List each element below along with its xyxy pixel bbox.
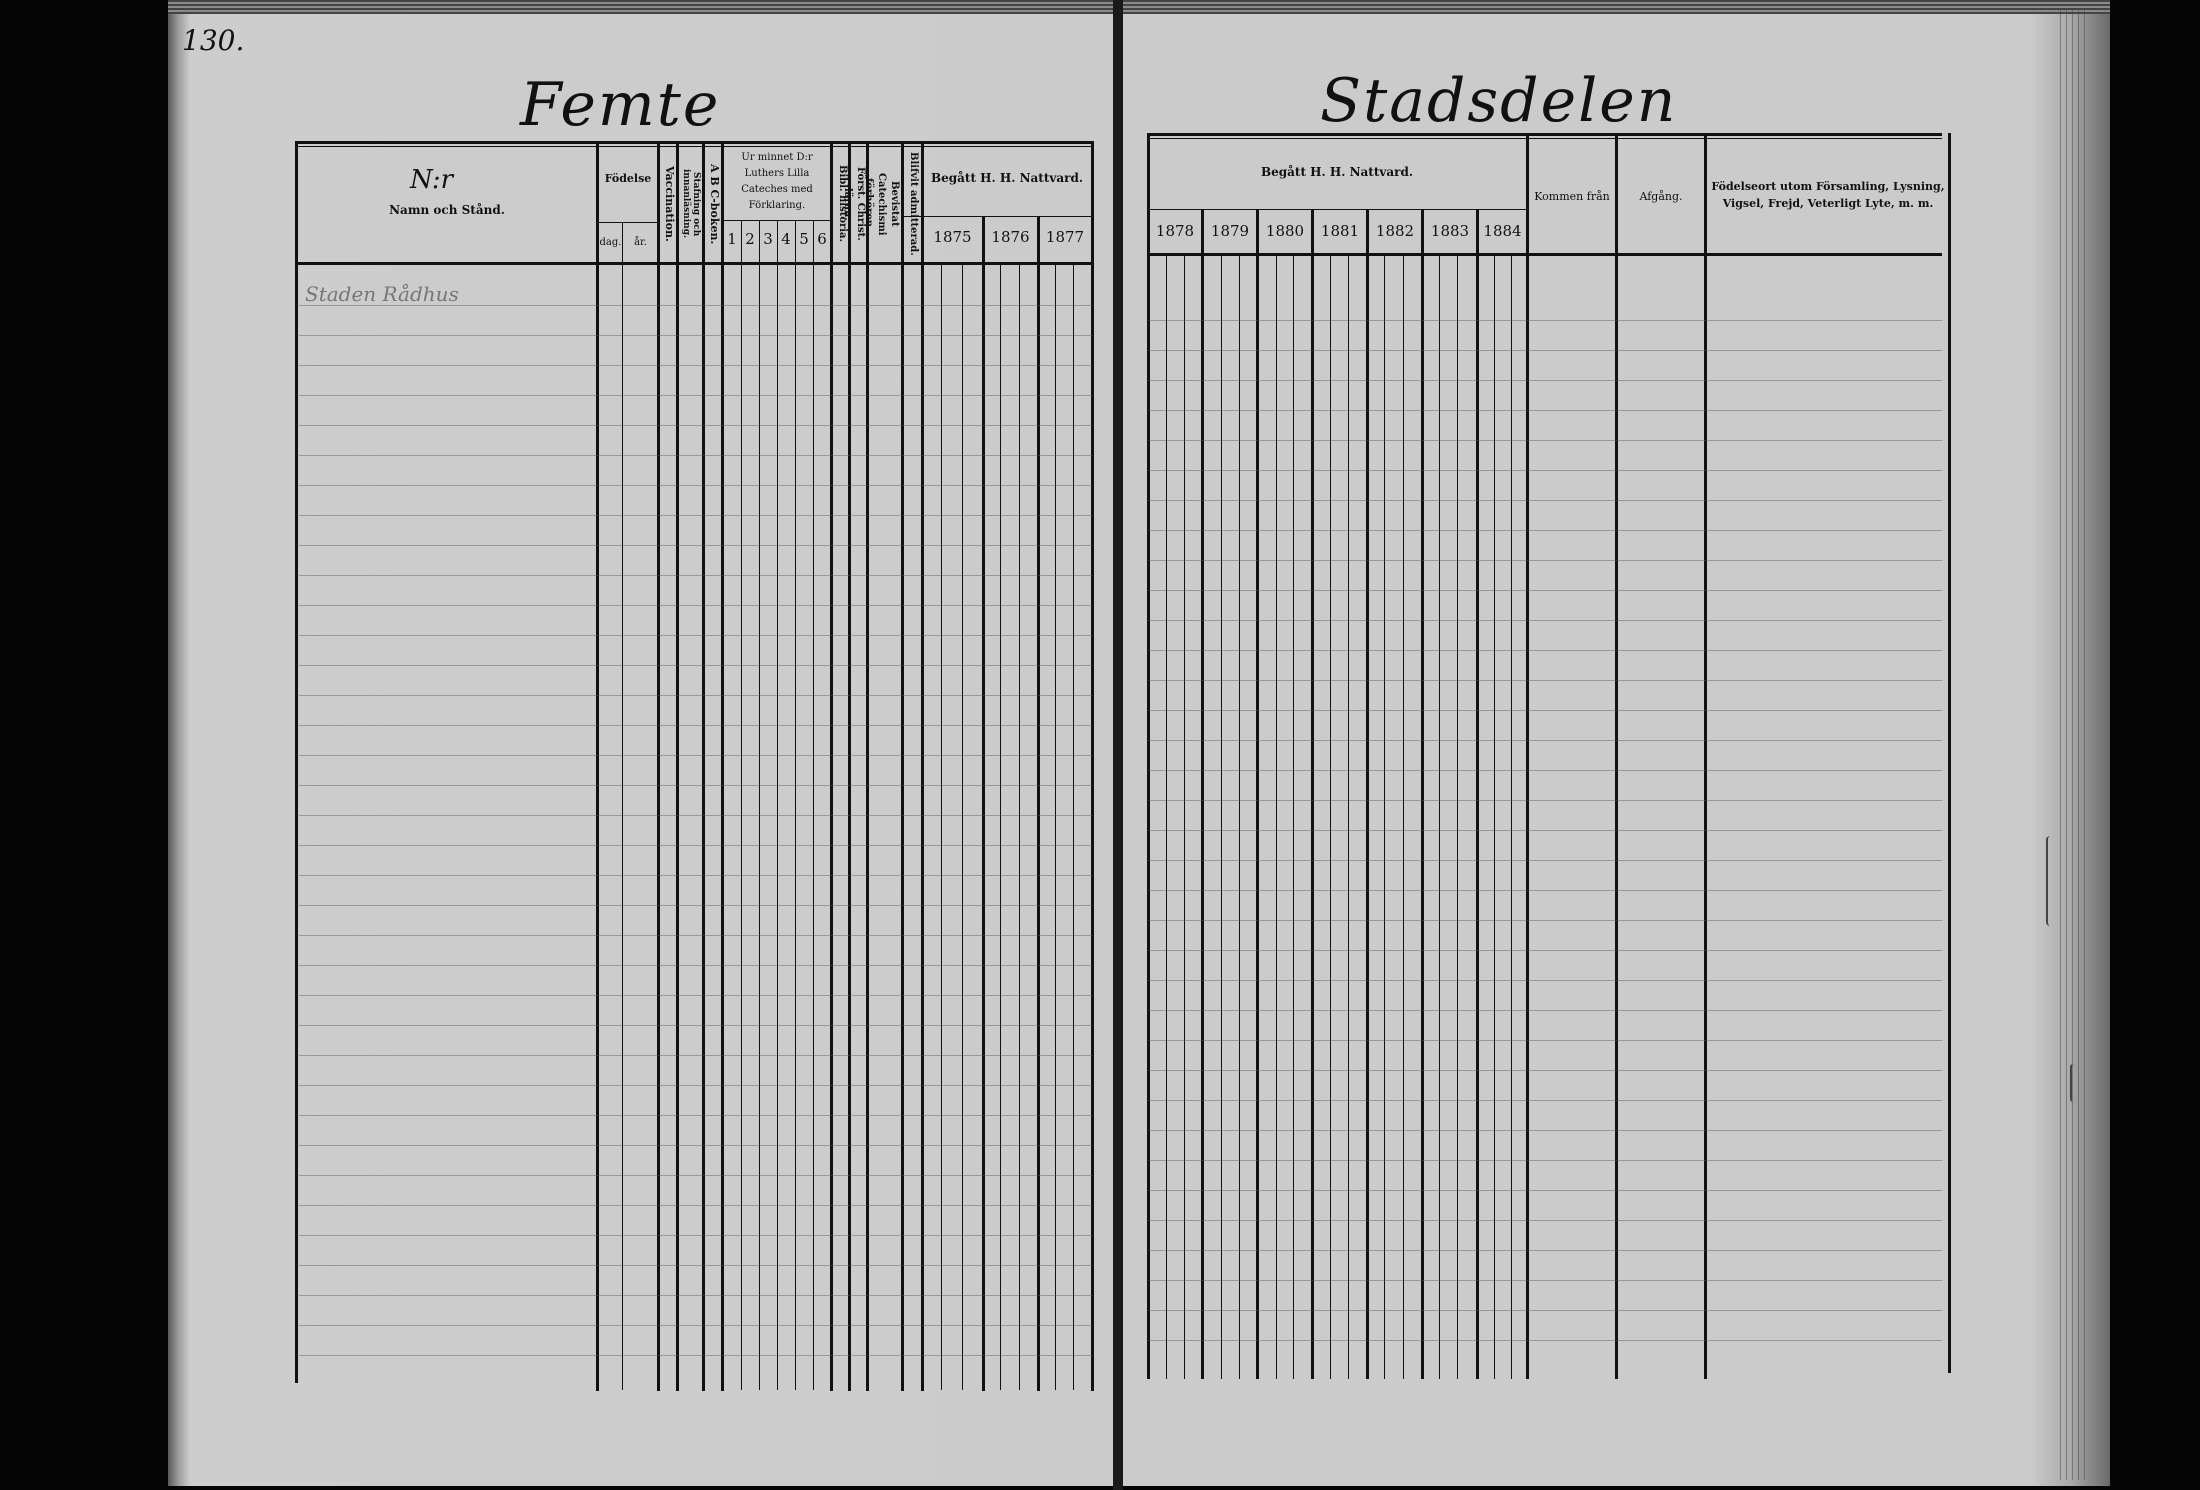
pencil-mark (2070, 1064, 2076, 1102)
header-remarks: Födelseort utom Församling, Lysning, Vig… (1710, 178, 1946, 212)
header-abc-book: A B C-boken. (705, 152, 721, 256)
header-communion-left: Begått H. H. Nattvard. (923, 170, 1091, 187)
header-communion-right: Begått H. H. Nattvard. (1148, 164, 1526, 181)
year-1882: 1882 (1368, 222, 1422, 240)
header-birth-day: dag. (598, 234, 623, 251)
pencil-mark (2046, 836, 2054, 926)
year-1878: 1878 (1148, 222, 1202, 240)
header-admitted: Blifvit admitterad. (904, 150, 920, 258)
page-number: 130. (182, 24, 244, 57)
header-birth-year: år. (623, 234, 658, 251)
year-1877: 1877 (1039, 228, 1091, 246)
header-name: Namn och Stånd. (297, 202, 597, 219)
header-catechism-exams: Bevistat Catechismi förhören. (869, 150, 901, 258)
year-1880: 1880 (1258, 222, 1312, 240)
header-birth: Födelse (598, 170, 658, 187)
header-vaccination: Vaccination. (660, 152, 676, 256)
year-1876: 1876 (984, 228, 1037, 246)
title-right: Stadsdelen (1320, 66, 1677, 136)
year-1883: 1883 (1423, 222, 1477, 240)
header-came-from: Kommen från (1528, 188, 1616, 205)
header-reading: Stafning och innanläsning. (679, 150, 701, 258)
header-departure: Afgång. (1617, 188, 1705, 205)
year-1881: 1881 (1313, 222, 1367, 240)
year-1884: 1884 (1478, 222, 1527, 240)
page-stack-edge (2055, 10, 2085, 1480)
book-gutter (1113, 0, 1123, 1490)
title-left: Femte (520, 70, 720, 140)
nr-label: N:r (410, 165, 453, 195)
page-top-edge (168, 0, 2110, 14)
entry-name: Staden Rådhus (305, 282, 459, 306)
year-1879: 1879 (1203, 222, 1257, 240)
header-catechism: Ur minnet D:r Luthers Lilla Cateches med… (723, 150, 831, 214)
year-1875: 1875 (923, 228, 982, 246)
